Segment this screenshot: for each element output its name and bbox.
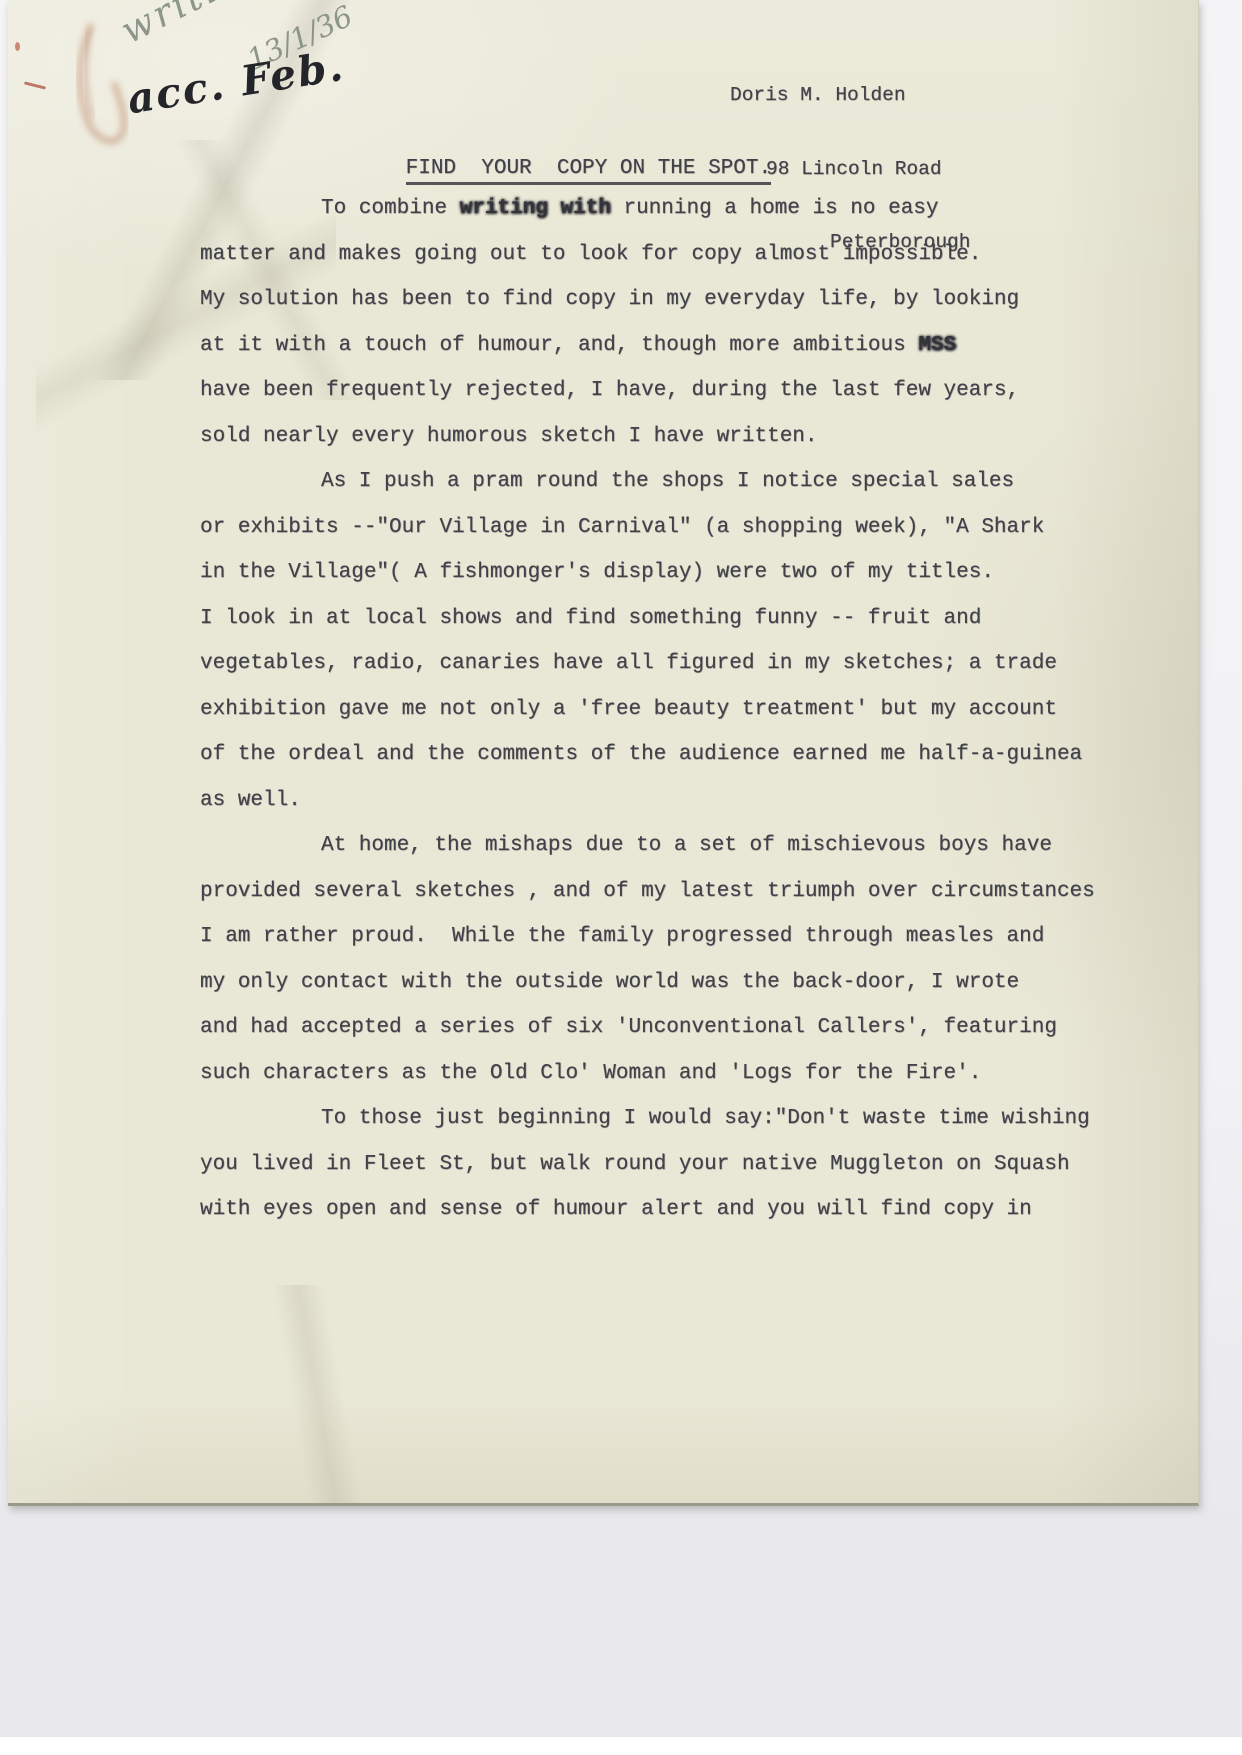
paper-sheet: writing hers 13/1/36 acc. Feb. Doris M. … — [8, 0, 1199, 1506]
typed-text-segment: in the Village"( A fishmonger's display)… — [200, 561, 994, 584]
typed-line: My solution has been to find copy in my … — [200, 277, 1095, 323]
typed-text-segment: or exhibits --"Our Village in Carnival" … — [200, 516, 1044, 539]
typed-line: sold nearly every humorous sketch I have… — [200, 414, 1095, 460]
typed-line: have been frequently rejected, I have, d… — [200, 368, 1095, 414]
typed-line: of the ordeal and the comments of the au… — [200, 732, 1095, 778]
typed-text-segment: and had accepted a series of six 'Unconv… — [200, 1016, 1057, 1039]
typed-text-segment: I am rather proud. While the family prog… — [200, 925, 1044, 948]
typed-text-segment: such characters as the Old Clo' Woman an… — [200, 1062, 981, 1085]
typed-text-segment: you lived in Fleet St, but walk round yo… — [200, 1153, 1070, 1176]
typed-text-segment: have been frequently rejected, I have, d… — [200, 379, 1019, 402]
typed-text-segment: MSS — [918, 334, 956, 357]
typed-text-segment: exhibition gave me not only a 'free beau… — [200, 698, 1057, 721]
typed-line: at it with a touch of humour, and, thoug… — [200, 323, 1095, 369]
typed-text-segment: As I push a pram round the shops I notic… — [321, 470, 1014, 493]
typed-text-segment: To those just beginning I would say:"Don… — [321, 1107, 1090, 1130]
typed-body: To combine writing with running a home i… — [200, 186, 1095, 1233]
typed-line: I am rather proud. While the family prog… — [200, 914, 1095, 960]
typed-text-segment: running a home is no easy — [611, 197, 939, 220]
typed-line: I look in at local shows and find someth… — [200, 596, 1095, 642]
typed-line: such characters as the Old Clo' Woman an… — [200, 1051, 1095, 1097]
red-ink-mark — [24, 81, 46, 89]
typed-text-segment: matter and makes going out to look for c… — [200, 243, 981, 266]
typed-line: and had accepted a series of six 'Unconv… — [200, 1005, 1095, 1051]
typed-text-segment: with eyes open and sense of humour alert… — [200, 1198, 1032, 1221]
typed-line: you lived in Fleet St, but walk round yo… — [200, 1142, 1095, 1188]
typed-text-segment: as well. — [200, 789, 301, 812]
document-title-text: FIND YOUR COPY ON THE SPOT. — [406, 157, 771, 185]
typed-line: with eyes open and sense of humour alert… — [200, 1187, 1095, 1233]
typed-line: my only contact with the outside world w… — [200, 960, 1095, 1006]
typed-line: exhibition gave me not only a 'free beau… — [200, 687, 1095, 733]
scanner-background: writing hers 13/1/36 acc. Feb. Doris M. … — [0, 0, 1242, 1755]
typed-line: as well. — [200, 778, 1095, 824]
typed-text-segment: at it with a touch of humour, and, thoug… — [200, 334, 918, 357]
typed-text-segment: of the ordeal and the comments of the au… — [200, 743, 1082, 766]
sender-name: Doris M. Holden — [730, 83, 970, 108]
typed-text-segment: At home, the mishaps due to a set of mis… — [321, 834, 1052, 857]
typed-line: provided several sketches , and of my la… — [200, 869, 1095, 915]
typed-line: At home, the mishaps due to a set of mis… — [200, 823, 1095, 869]
typed-text-segment: To combine — [321, 197, 460, 220]
typed-text-segment: provided several sketches , and of my la… — [200, 880, 1095, 903]
typed-text-segment: sold nearly every humorous sketch I have… — [200, 425, 818, 448]
typed-text-segment: my only contact with the outside world w… — [200, 971, 1019, 994]
scanner-edge-strip — [0, 1737, 1242, 1755]
typed-line: To combine writing with running a home i… — [200, 186, 1095, 232]
typed-text-segment: I look in at local shows and find someth… — [200, 607, 981, 630]
typed-line: As I push a pram round the shops I notic… — [200, 459, 1095, 505]
typed-line: matter and makes going out to look for c… — [200, 232, 1095, 278]
typed-line: To those just beginning I would say:"Don… — [200, 1096, 1095, 1142]
typed-text-segment: writing with — [460, 197, 611, 220]
typed-line: in the Village"( A fishmonger's display)… — [200, 550, 1095, 596]
red-ink-dot — [15, 42, 20, 51]
typed-line: or exhibits --"Our Village in Carnival" … — [200, 505, 1095, 551]
typed-line: vegetables, radio, canaries have all fig… — [200, 641, 1095, 687]
typed-text-segment: vegetables, radio, canaries have all fig… — [200, 652, 1057, 675]
typed-text-segment: My solution has been to find copy in my … — [200, 288, 1019, 311]
